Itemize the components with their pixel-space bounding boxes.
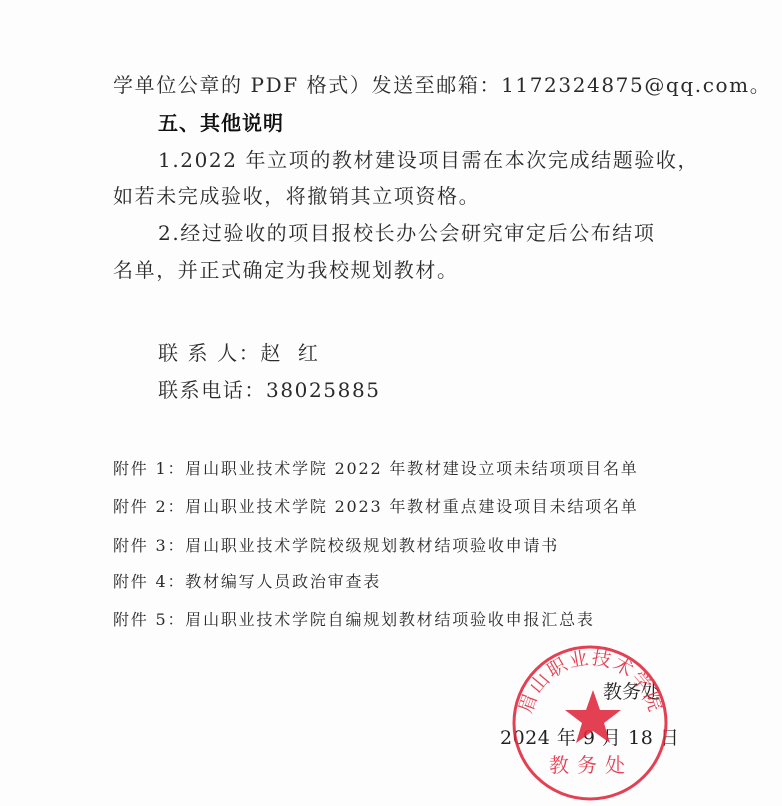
email-instruction-line: 学单位公章的 PDF 格式）发送至邮箱：1172324875@qq.com。	[113, 75, 771, 95]
attachment-label: 附件 4：	[113, 572, 185, 591]
attachment-2: 附件 2：眉山职业技术学院 2023 年教材重点建设项目未结项名单	[113, 499, 639, 515]
attachment-5: 附件 5：眉山职业技术学院自编规划教材结项验收申报汇总表	[113, 612, 595, 628]
contact-phone-number: 38025885	[266, 378, 381, 402]
section-heading: 五、其他说明	[158, 113, 284, 133]
contact-person: 联 系 人：赵 红	[158, 343, 319, 363]
seal-center-text: 教务处	[549, 753, 633, 777]
signature-date: 2024 年 9 月 18 日	[500, 729, 679, 748]
attachment-4: 附件 4：教材编写人员政治审查表	[113, 574, 381, 590]
item2-line2: 名单，并正式确定为我校规划教材。	[113, 260, 459, 280]
contact-phone: 联系电话：38025885	[158, 380, 381, 400]
item2-line1: 2.经过验收的项目报校长办公会研究审定后公布结项	[158, 223, 655, 243]
attachment-label: 附件 2：	[113, 497, 185, 516]
contact-phone-label: 联系电话：	[158, 378, 266, 402]
attachment-title: 眉山职业技术学院 2023 年教材重点建设项目未结项名单	[185, 497, 638, 516]
item1-line2: 如若未完成验收，将撤销其立项资格。	[113, 186, 480, 206]
attachment-title: 眉山职业技术学院自编规划教材结项验收申报汇总表	[185, 610, 594, 629]
contact-person-name: 赵 红	[260, 341, 319, 365]
contact-person-label: 联 系 人：	[158, 341, 260, 365]
attachment-label: 附件 3：	[113, 536, 185, 555]
attachment-title: 教材编写人员政治审查表	[185, 572, 381, 591]
attachment-label: 附件 1：	[113, 459, 185, 478]
attachment-1: 附件 1：眉山职业技术学院 2022 年教材建设立项未结项项目名单	[113, 461, 639, 477]
official-seal-icon: 眉山职业技术学院 教务处	[511, 644, 671, 804]
signature-department: 教务处	[603, 683, 660, 702]
item1-line1: 1.2022 年立项的教材建设项目需在本次完成结题验收，	[158, 150, 699, 170]
attachment-title: 眉山职业技术学院 2022 年教材建设立项未结项项目名单	[185, 459, 638, 478]
attachment-title: 眉山职业技术学院校级规划教材结项验收申请书	[185, 536, 559, 555]
attachment-3: 附件 3：眉山职业技术学院校级规划教材结项验收申请书	[113, 538, 559, 554]
attachment-label: 附件 5：	[113, 610, 185, 629]
